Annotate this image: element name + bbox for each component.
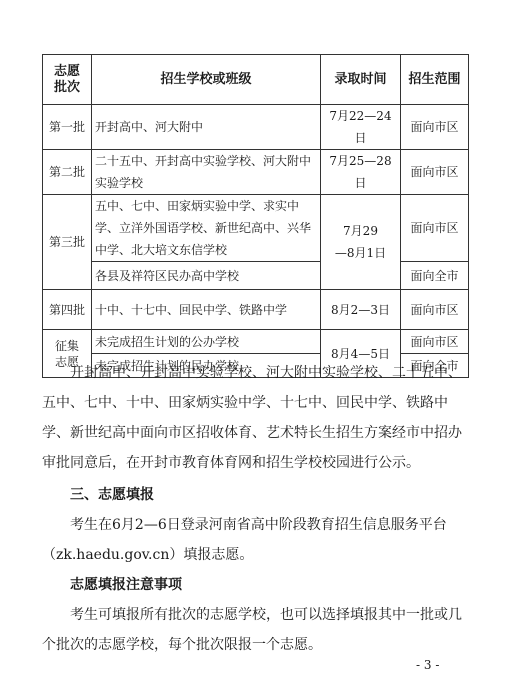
scope-cell: 面向市区 [401, 290, 469, 330]
time-cell: 7月29—8月1日 [321, 195, 401, 290]
page-number: - 3 - [416, 658, 439, 672]
batch-cell: 第四批 [43, 290, 92, 330]
schools-cell: 开封高中、河大附中 [92, 105, 321, 150]
time-cell: 8月2—3日 [321, 290, 401, 330]
schools-cell: 各县及祥符区民办高中学校 [92, 262, 321, 290]
schools-cell: 未完成招生计划的公办学校 [92, 330, 321, 354]
header-scope: 招生范围 [401, 55, 469, 105]
admission-batch-table: 志愿批次 招生学校或班级 录取时间 招生范围 第一批 开封高中、河大附中 7月2… [42, 54, 469, 378]
paragraph-special-talent: 开封高中、开封高中实验学校、河大附中实验学校、二十五中、五中、七中、十中、田家炳… [42, 358, 470, 478]
time-cell: 7月22—24日 [321, 105, 401, 150]
table-row: 征集志愿 未完成招生计划的公办学校 8月4—5日 面向市区 [43, 330, 469, 354]
time-cell: 7月25—28日 [321, 150, 401, 195]
schools-cell: 二十五中、开封高中实验学校、河大附中实验学校 [92, 150, 321, 195]
batch-cell: 第二批 [43, 150, 92, 195]
schools-cell: 五中、七中、田家炳实验中学、求实中学、立洋外国语学校、新世纪高中、兴华中学、北大… [92, 195, 321, 262]
scope-cell: 面向市区 [401, 105, 469, 150]
table-row: 第一批 开封高中、河大附中 7月22—24日 面向市区 [43, 105, 469, 150]
header-time: 录取时间 [321, 55, 401, 105]
scope-cell: 面向市区 [401, 195, 469, 262]
scope-cell: 面向全市 [401, 262, 469, 290]
table-header-row: 志愿批次 招生学校或班级 录取时间 招生范围 [43, 55, 469, 105]
notes-heading: 志愿填报注意事项 [42, 570, 470, 600]
table-row: 各县及祥符区民办高中学校 面向全市 [43, 262, 469, 290]
scope-cell: 面向市区 [401, 150, 469, 195]
table-row: 第四批 十中、十七中、回民中学、铁路中学 8月2—3日 面向市区 [43, 290, 469, 330]
table-row: 第二批 二十五中、开封高中实验学校、河大附中实验学校 7月25—28日 面向市区 [43, 150, 469, 195]
batch-cell: 第三批 [43, 195, 92, 290]
table-row: 第三批 五中、七中、田家炳实验中学、求实中学、立洋外国语学校、新世纪高中、兴华中… [43, 195, 469, 262]
paragraph-application-period: 考生在6月2—6日登录河南省高中阶段教育招生信息服务平台（zk.haedu.go… [42, 510, 470, 570]
section-heading-application: 三、志愿填报 [42, 480, 470, 510]
scope-cell: 面向市区 [401, 330, 469, 354]
header-batch: 志愿批次 [43, 55, 92, 105]
header-schools: 招生学校或班级 [92, 55, 321, 105]
batch-cell: 第一批 [43, 105, 92, 150]
paragraph-notes: 考生可填报所有批次的志愿学校，也可以选择填报其中一批或几个批次的志愿学校，每个批… [42, 600, 470, 660]
schools-cell: 十中、十七中、回民中学、铁路中学 [92, 290, 321, 330]
